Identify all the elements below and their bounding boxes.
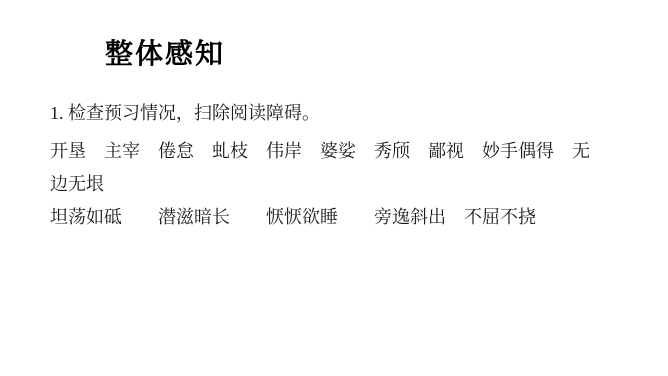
body-line-instruction: 1. 检查预习情况，扫除阅读障碍。	[50, 97, 640, 130]
body-line-vocabulary-2: 边无垠	[50, 168, 640, 201]
body-line-vocabulary-1: 开垦 主宰 倦怠 虬枝 伟岸 婆娑 秀颀 鄙视 妙手偶得 无	[50, 135, 640, 168]
body-line-idioms: 坦荡如砥 潜滋暗长 恹恹欲睡 旁逸斜出 不屈不挠	[50, 201, 640, 234]
slide-title: 整体感知	[105, 36, 225, 72]
lesson-slide: 整体感知 1. 检查预习情况，扫除阅读障碍。 开垦 主宰 倦怠 虬枝 伟岸 婆娑…	[0, 0, 668, 376]
slide-body: 1. 检查预习情况，扫除阅读障碍。 开垦 主宰 倦怠 虬枝 伟岸 婆娑 秀颀 鄙…	[50, 97, 640, 234]
